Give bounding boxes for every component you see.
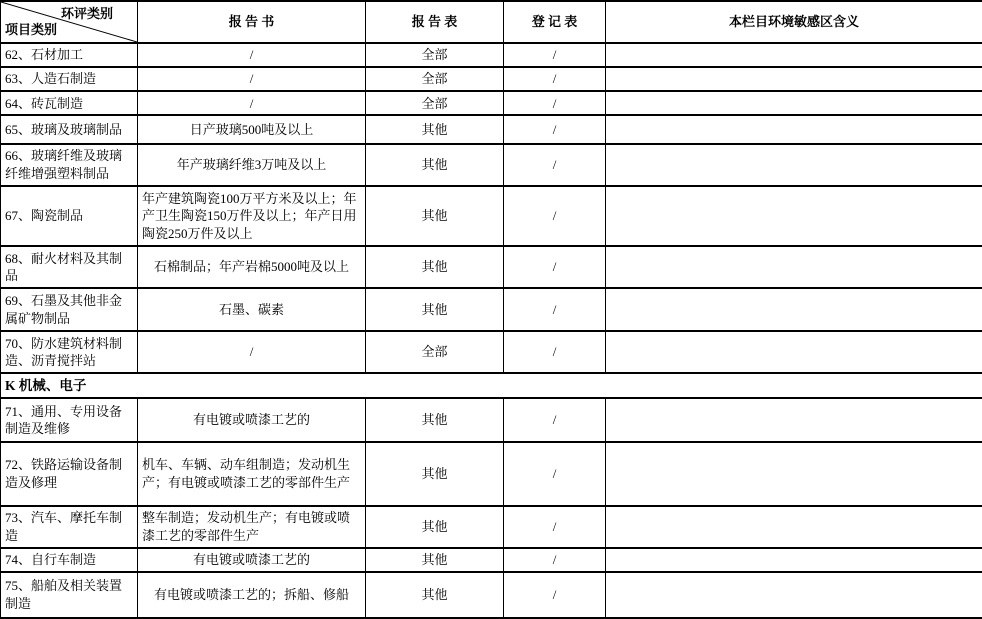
report-book-cell: 日产玻璃500吨及以上 <box>138 115 366 144</box>
report-book-cell: 有电镀或喷漆工艺的；拆船、修船 <box>138 572 366 618</box>
header-report-book: 报 告 书 <box>138 1 366 43</box>
header-row: 环评类别 项目类别 报 告 书 报 告 表 登 记 表 本栏目环境敏感区含义 <box>1 1 982 43</box>
report-form-cell: 全部 <box>366 43 504 67</box>
report-form-cell: 其他 <box>366 398 504 442</box>
registration-form-cell: / <box>504 186 606 246</box>
report-form-cell: 其他 <box>366 548 504 572</box>
table-row: 74、自行车制造 有电镀或喷漆工艺的 其他 / <box>1 548 982 572</box>
report-book-cell: / <box>138 67 366 91</box>
table-row: 73、汽车、摩托车制造 整车制造；发动机生产；有电镀或喷漆工艺的零部件生产 其他… <box>1 506 982 548</box>
sensitive-area-cell <box>606 398 982 442</box>
sensitive-area-cell <box>606 67 982 91</box>
sensitive-area-cell <box>606 115 982 144</box>
corner-wrapper: 环评类别 项目类别 <box>1 2 137 42</box>
table-row: 63、人造石制造 / 全部 / <box>1 67 982 91</box>
category-cell: 67、陶瓷制品 <box>1 186 138 246</box>
table-row: 62、石材加工 / 全部 / <box>1 43 982 67</box>
corner-label-assessment-category: 环评类别 <box>61 5 113 23</box>
sensitive-area-cell <box>606 506 982 548</box>
sensitive-area-cell <box>606 43 982 67</box>
report-book-cell: 整车制造；发动机生产；有电镀或喷漆工艺的零部件生产 <box>138 506 366 548</box>
report-form-cell: 其他 <box>366 115 504 144</box>
table-row: 75、船舶及相关装置制造 有电镀或喷漆工艺的；拆船、修船 其他 / <box>1 572 982 618</box>
report-book-cell: / <box>138 331 366 373</box>
report-book-cell: 年产建筑陶瓷100万平方米及以上；年产卫生陶瓷150万件及以上；年产日用陶瓷25… <box>138 186 366 246</box>
registration-form-cell: / <box>504 442 606 505</box>
category-cell: 72、铁路运输设备制造及修理 <box>1 442 138 505</box>
report-book-cell: 有电镀或喷漆工艺的 <box>138 548 366 572</box>
sensitive-area-cell <box>606 572 982 618</box>
registration-form-cell: / <box>504 331 606 373</box>
table-row: 72、铁路运输设备制造及修理 机车、车辆、动车组制造；发动机生产；有电镀或喷漆工… <box>1 442 982 505</box>
report-form-cell: 全部 <box>366 67 504 91</box>
category-cell: 70、防水建筑材料制造、沥青搅拌站 <box>1 331 138 373</box>
report-form-cell: 其他 <box>366 572 504 618</box>
report-book-cell: / <box>138 91 366 115</box>
sensitive-area-cell <box>606 548 982 572</box>
report-form-cell: 全部 <box>366 91 504 115</box>
report-book-cell: 石墨、碳素 <box>138 288 366 331</box>
report-book-cell: 有电镀或喷漆工艺的 <box>138 398 366 442</box>
category-cell: 66、玻璃纤维及玻璃纤维增强塑料制品 <box>1 144 138 186</box>
section-row: K 机械、电子 <box>1 373 982 398</box>
sensitive-area-cell <box>606 288 982 331</box>
classification-table: 环评类别 项目类别 报 告 书 报 告 表 登 记 表 本栏目环境敏感区含义 6… <box>0 0 982 619</box>
category-cell: 71、通用、专用设备制造及维修 <box>1 398 138 442</box>
table-row: 71、通用、专用设备制造及维修 有电镀或喷漆工艺的 其他 / <box>1 398 982 442</box>
sensitive-area-cell <box>606 186 982 246</box>
report-book-cell: 机车、车辆、动车组制造；发动机生产；有电镀或喷漆工艺的零部件生产 <box>138 442 366 505</box>
category-cell: 65、玻璃及玻璃制品 <box>1 115 138 144</box>
registration-form-cell: / <box>504 398 606 442</box>
section-label: K 机械、电子 <box>1 373 982 398</box>
report-form-cell: 其他 <box>366 506 504 548</box>
registration-form-cell: / <box>504 115 606 144</box>
registration-form-cell: / <box>504 572 606 618</box>
report-book-cell: 年产玻璃纤维3万吨及以上 <box>138 144 366 186</box>
header-sensitive-meaning: 本栏目环境敏感区含义 <box>606 1 982 43</box>
sensitive-area-cell <box>606 331 982 373</box>
sensitive-area-cell <box>606 246 982 288</box>
report-form-cell: 其他 <box>366 288 504 331</box>
corner-label-project-category: 项目类别 <box>5 21 57 39</box>
category-cell: 73、汽车、摩托车制造 <box>1 506 138 548</box>
registration-form-cell: / <box>504 43 606 67</box>
header-corner-cell: 环评类别 项目类别 <box>1 1 138 43</box>
category-cell: 69、石墨及其他非金属矿物制品 <box>1 288 138 331</box>
report-form-cell: 其他 <box>366 246 504 288</box>
category-cell: 62、石材加工 <box>1 43 138 67</box>
registration-form-cell: / <box>504 548 606 572</box>
table-row: 66、玻璃纤维及玻璃纤维增强塑料制品 年产玻璃纤维3万吨及以上 其他 / <box>1 144 982 186</box>
sensitive-area-cell <box>606 442 982 505</box>
report-book-cell: 石棉制品；年产岩棉5000吨及以上 <box>138 246 366 288</box>
registration-form-cell: / <box>504 506 606 548</box>
category-cell: 63、人造石制造 <box>1 67 138 91</box>
sensitive-area-cell <box>606 91 982 115</box>
registration-form-cell: / <box>504 67 606 91</box>
sensitive-area-cell <box>606 144 982 186</box>
header-registration-form: 登 记 表 <box>504 1 606 43</box>
table-row: 70、防水建筑材料制造、沥青搅拌站 / 全部 / <box>1 331 982 373</box>
registration-form-cell: / <box>504 288 606 331</box>
registration-form-cell: / <box>504 144 606 186</box>
registration-form-cell: / <box>504 91 606 115</box>
category-cell: 75、船舶及相关装置制造 <box>1 572 138 618</box>
report-form-cell: 其他 <box>366 442 504 505</box>
report-form-cell: 全部 <box>366 331 504 373</box>
table-row: 65、玻璃及玻璃制品 日产玻璃500吨及以上 其他 / <box>1 115 982 144</box>
category-cell: 74、自行车制造 <box>1 548 138 572</box>
table-row: 68、耐火材料及其制品 石棉制品；年产岩棉5000吨及以上 其他 / <box>1 246 982 288</box>
category-cell: 64、砖瓦制造 <box>1 91 138 115</box>
table-row: 64、砖瓦制造 / 全部 / <box>1 91 982 115</box>
table-row: 69、石墨及其他非金属矿物制品 石墨、碳素 其他 / <box>1 288 982 331</box>
header-report-form: 报 告 表 <box>366 1 504 43</box>
report-form-cell: 其他 <box>366 186 504 246</box>
table-row: 67、陶瓷制品 年产建筑陶瓷100万平方米及以上；年产卫生陶瓷150万件及以上；… <box>1 186 982 246</box>
report-book-cell: / <box>138 43 366 67</box>
registration-form-cell: / <box>504 246 606 288</box>
category-cell: 68、耐火材料及其制品 <box>1 246 138 288</box>
report-form-cell: 其他 <box>366 144 504 186</box>
